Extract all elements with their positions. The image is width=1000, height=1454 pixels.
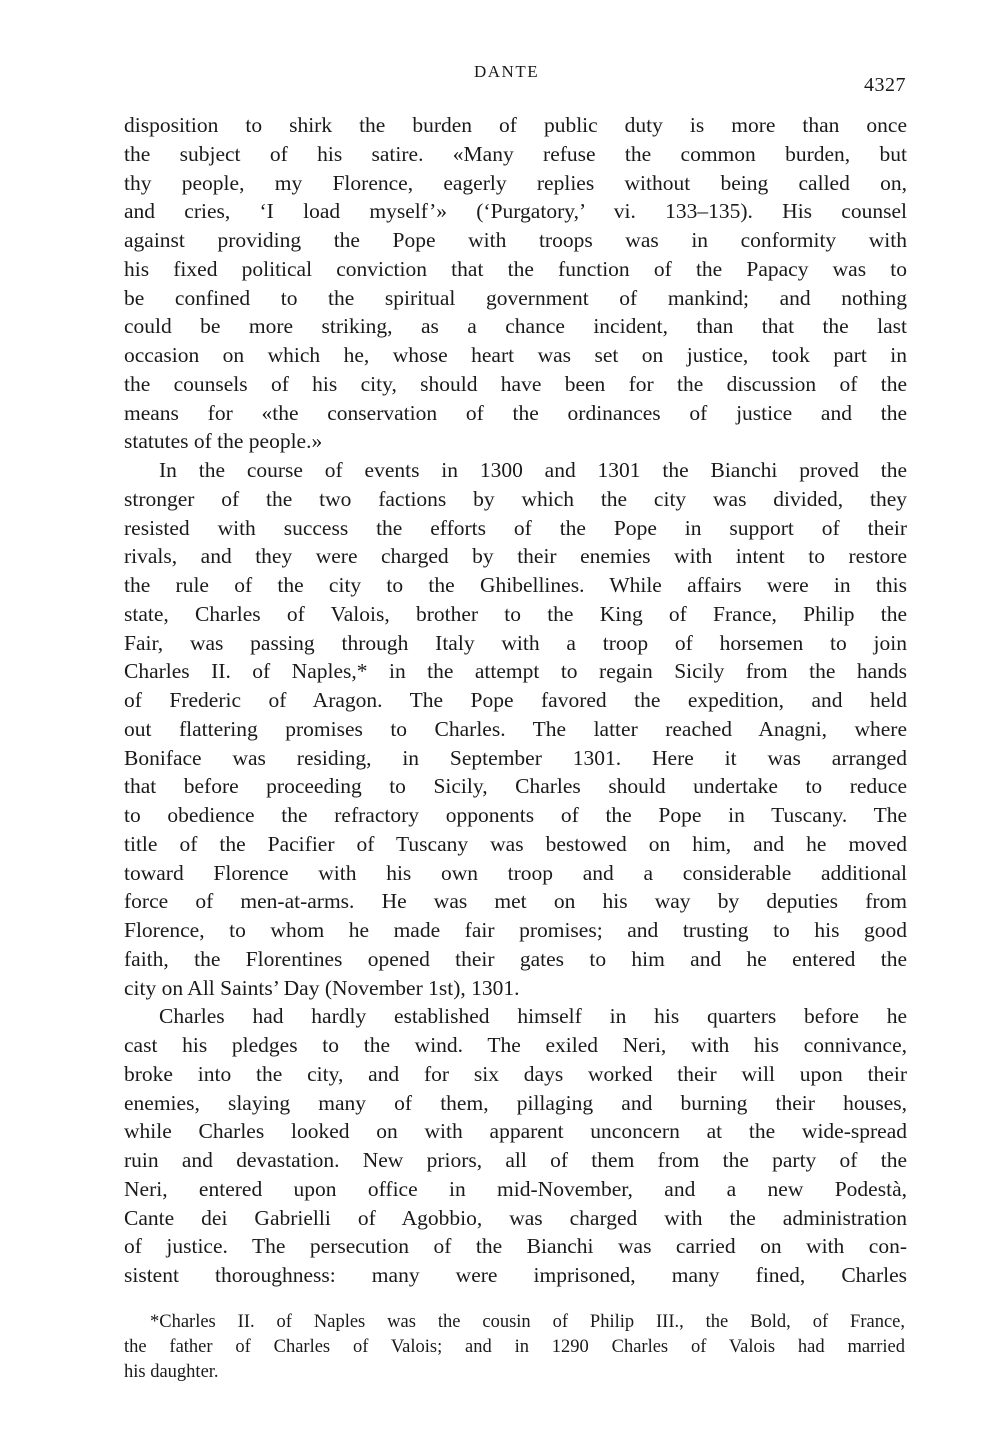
- text-line: disposition to shirk the burden of publi…: [124, 111, 907, 140]
- text-line: be confined to the spiritual government …: [124, 284, 907, 313]
- text-line: Charles had hardly established himself i…: [124, 1002, 907, 1031]
- text-line: force of men-at-arms. He was met on his …: [124, 887, 907, 916]
- paragraph-3: Charles had hardly established himself i…: [124, 1002, 907, 1290]
- running-head: DANTE 4327: [0, 62, 1000, 86]
- text-line: Florence, to whom he made fair promises;…: [124, 916, 907, 945]
- text-line: statutes of the people.»: [124, 427, 907, 456]
- text-line: the rule of the city to the Ghibellines.…: [124, 571, 907, 600]
- text-line: against providing the Pope with troops w…: [124, 226, 907, 255]
- text-line: could be more striking, as a chance inci…: [124, 312, 907, 341]
- paragraph-1: disposition to shirk the burden of publi…: [124, 111, 907, 456]
- text-line: rivals, and they were charged by their e…: [124, 542, 907, 571]
- paragraph-2: In the course of events in 1300 and 1301…: [124, 456, 907, 1002]
- text-line: Neri, entered upon office in mid-Novembe…: [124, 1175, 907, 1204]
- text-line: to obedience the refractory opponents of…: [124, 801, 907, 830]
- book-page: DANTE 4327 disposition to shirk the burd…: [0, 0, 1000, 1454]
- footnote-line: *Charles II. of Naples was the cousin of…: [124, 1310, 905, 1335]
- text-line: means for «the conservation of the ordin…: [124, 399, 907, 428]
- text-line: city on All Saints’ Day (November 1st), …: [124, 974, 907, 1003]
- text-line: occasion on which he, whose heart was se…: [124, 341, 907, 370]
- text-line: In the course of events in 1300 and 1301…: [124, 456, 907, 485]
- text-line: stronger of the two factions by which th…: [124, 485, 907, 514]
- text-line: of justice. The persecution of the Bianc…: [124, 1232, 907, 1261]
- text-line: ruin and devastation. New priors, all of…: [124, 1146, 907, 1175]
- text-line: Fair, was passing through Italy with a t…: [124, 629, 907, 658]
- text-line: while Charles looked on with apparent un…: [124, 1117, 907, 1146]
- text-line: Boniface was residing, in September 1301…: [124, 744, 907, 773]
- text-line: faith, the Florentines opened their gate…: [124, 945, 907, 974]
- text-line: thy people, my Florence, eagerly replies…: [124, 169, 907, 198]
- text-line: cast his pledges to the wind. The exiled…: [124, 1031, 907, 1060]
- text-line: broke into the city, and for six days wo…: [124, 1060, 907, 1089]
- text-line: Cante dei Gabrielli of Agobbio, was char…: [124, 1204, 907, 1233]
- text-line: of Frederic of Aragon. The Pope favored …: [124, 686, 907, 715]
- footnote: *Charles II. of Naples was the cousin of…: [124, 1310, 905, 1385]
- page-number: 4327: [864, 74, 906, 97]
- footnote-line: his daughter.: [124, 1360, 905, 1385]
- text-line: toward Florence with his own troop and a…: [124, 859, 907, 888]
- text-line: resisted with success the efforts of the…: [124, 514, 907, 543]
- text-line: enemies, slaying many of them, pillaging…: [124, 1089, 907, 1118]
- text-line: the subject of his satire. «Many refuse …: [124, 140, 907, 169]
- text-line: out flattering promises to Charles. The …: [124, 715, 907, 744]
- text-line: and cries, ‘I load myself’» (‘Purgatory,…: [124, 197, 907, 226]
- text-line: Charles II. of Naples,* in the attempt t…: [124, 657, 907, 686]
- text-line: state, Charles of Valois, brother to the…: [124, 600, 907, 629]
- body-text: disposition to shirk the burden of publi…: [124, 111, 907, 1290]
- text-line: title of the Pacifier of Tuscany was bes…: [124, 830, 907, 859]
- running-title: DANTE: [474, 62, 539, 82]
- text-line: that before proceeding to Sicily, Charle…: [124, 772, 907, 801]
- text-line: his fixed political conviction that the …: [124, 255, 907, 284]
- text-line: sistent thoroughness: many were imprison…: [124, 1261, 907, 1290]
- footnote-line: the father of Charles of Valois; and in …: [124, 1335, 905, 1360]
- text-line: the counsels of his city, should have be…: [124, 370, 907, 399]
